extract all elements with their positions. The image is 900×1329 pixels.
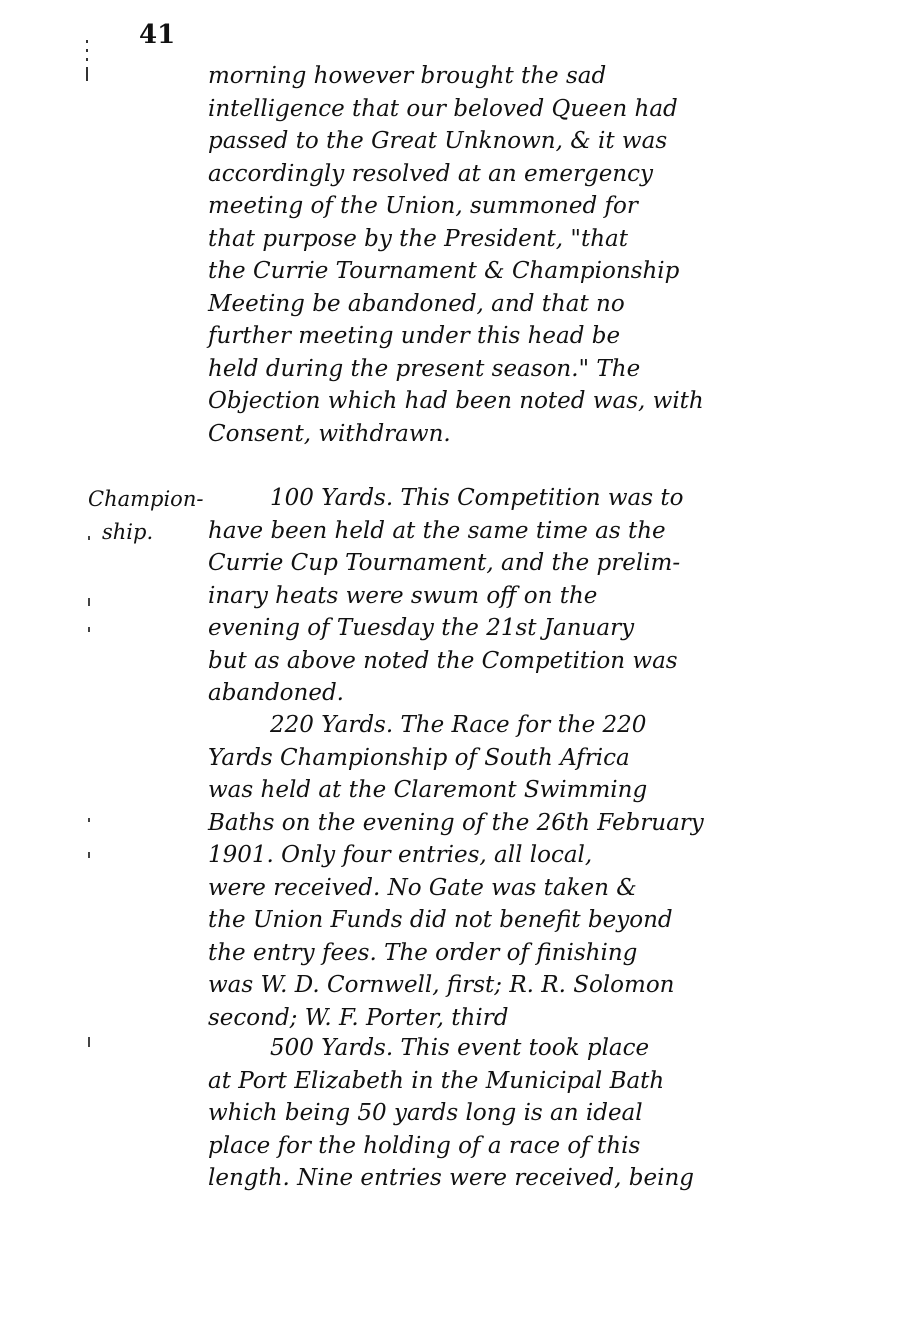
text-line: place for the holding of a race of this [208, 1130, 818, 1163]
margin-mark [88, 1037, 90, 1047]
text-line: 1901. Only four entries, all local, [208, 839, 818, 872]
margin-mark [88, 852, 90, 858]
text-line: abandoned. [208, 677, 818, 710]
margin-mark [88, 536, 90, 540]
margin-note-line: ship. [88, 516, 198, 549]
text-line: was held at the Claremont Swimming [208, 774, 818, 807]
margin-note-line: Champion- [88, 483, 198, 516]
text-line: Baths on the evening of the 26th Februar… [208, 807, 818, 840]
paragraph-100-yards: 100 Yards. This Competition was tohave b… [208, 482, 818, 710]
text-line: morning however brought the sad [208, 60, 818, 93]
text-line: the Union Funds did not benefit beyond [208, 904, 818, 937]
text-line: second; W. F. Porter, third [208, 1002, 818, 1035]
text-line: 500 Yards. This event took place [208, 1032, 818, 1065]
margin-mark [88, 627, 90, 632]
paragraph-queen-death: morning however brought the sadintellige… [208, 60, 818, 450]
text-line: length. Nine entries were received, bein… [208, 1162, 818, 1195]
paragraph-220-yards: 220 Yards. The Race for the 220Yards Cha… [208, 709, 818, 1034]
text-line: Meeting be abandoned, and that no [208, 288, 818, 321]
margin-mark [88, 598, 90, 606]
text-line: 220 Yards. The Race for the 220 [208, 709, 818, 742]
text-line: which being 50 yards long is an ideal [208, 1097, 818, 1130]
text-line: Objection which had been noted was, with [208, 385, 818, 418]
text-line: were received. No Gate was taken & [208, 872, 818, 905]
page-number: 41 [139, 20, 175, 50]
text-line: the Currie Tournament & Championship [208, 255, 818, 288]
text-line: passed to the Great Unknown, & it was [208, 125, 818, 158]
text-line: Currie Cup Tournament, and the prelim- [208, 547, 818, 580]
paragraph-500-yards: 500 Yards. This event took placeat Port … [208, 1032, 818, 1195]
text-line: evening of Tuesday the 21st January [208, 612, 818, 645]
text-line: but as above noted the Competition was [208, 645, 818, 678]
text-line: accordingly resolved at an emergency [208, 158, 818, 191]
text-line: held during the present season." The [208, 353, 818, 386]
text-line: 100 Yards. This Competition was to [208, 482, 818, 515]
text-line: inary heats were swum off on the [208, 580, 818, 613]
text-line: that purpose by the President, "that [208, 223, 818, 256]
text-line: further meeting under this head be [208, 320, 818, 353]
text-line: at Port Elizabeth in the Municipal Bath [208, 1065, 818, 1098]
text-line: meeting of the Union, summoned for [208, 190, 818, 223]
binding-marks [86, 40, 90, 87]
text-line: intelligence that our beloved Queen had [208, 93, 818, 126]
text-line: Yards Championship of South Africa [208, 742, 818, 775]
text-line: have been held at the same time as the [208, 515, 818, 548]
margin-note: Champion- ship. [88, 483, 198, 548]
text-line: the entry fees. The order of finishing [208, 937, 818, 970]
text-line: Consent, withdrawn. [208, 418, 818, 451]
text-line: was W. D. Cornwell, first; R. R. Solomon [208, 969, 818, 1002]
margin-mark [88, 818, 90, 822]
